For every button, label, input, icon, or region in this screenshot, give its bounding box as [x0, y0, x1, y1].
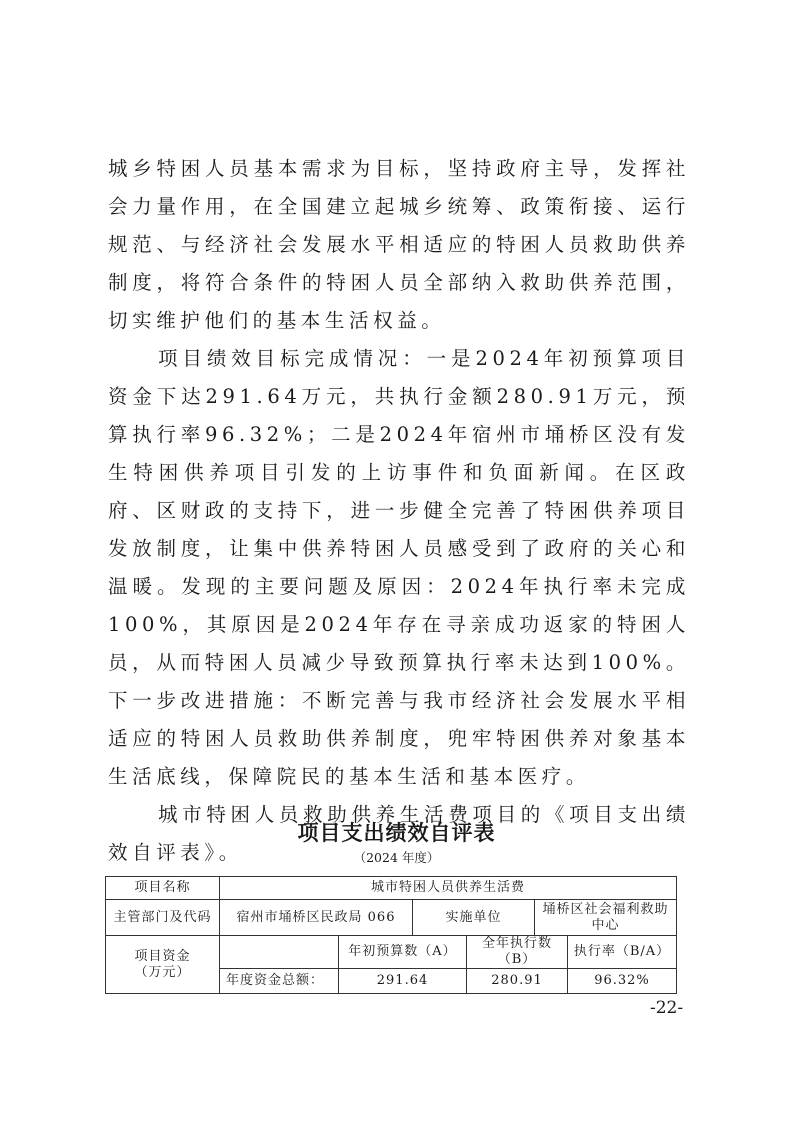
- total-budget: 291.64: [339, 969, 467, 994]
- table-row-department: 主管部门及代码 宿州市埇桥区民政局 066 实施单位 埇桥区社会福利救助中心: [106, 900, 677, 936]
- impl-label: 实施单位: [413, 900, 535, 936]
- dept-label: 主管部门及代码: [106, 900, 220, 936]
- table-row-project-name: 项目名称 城市特困人员供养生活费: [106, 877, 677, 900]
- funds-label: 项目资金 （万元）: [106, 936, 220, 994]
- total-label: 年度资金总额：: [220, 969, 339, 994]
- project-name-value: 城市特困人员供养生活费: [220, 877, 677, 900]
- paragraph-1: 城乡特困人员基本需求为目标，坚持政府主导，发挥社会力量作用，在全国建立起城乡统筹…: [108, 150, 690, 340]
- table-title: 项目支出绩效自评表: [0, 818, 793, 848]
- col-budget-header: 年初预算数（A）: [339, 936, 467, 969]
- impl-value: 埇桥区社会福利救助中心: [535, 900, 677, 936]
- paragraph-2: 项目绩效目标完成情况：一是2024年初预算项目资金下达291.64万元，共执行金…: [108, 340, 690, 796]
- document-page: 城乡特困人员基本需求为目标，坚持政府主导，发挥社会力量作用，在全国建立起城乡统筹…: [0, 0, 793, 1122]
- funds-label-line1: 项目资金: [108, 949, 217, 965]
- body-text: 城乡特困人员基本需求为目标，坚持政府主导，发挥社会力量作用，在全国建立起城乡统筹…: [108, 150, 690, 872]
- total-executed: 280.91: [467, 969, 568, 994]
- col-rate-header: 执行率（B/A）: [568, 936, 677, 969]
- project-name-label: 项目名称: [106, 877, 220, 900]
- table-subtitle: （2024 年度）: [0, 850, 793, 866]
- funds-header-empty: [220, 936, 339, 969]
- total-rate: 96.32%: [568, 969, 677, 994]
- table-row-funds-header: 项目资金 （万元） 年初预算数（A） 全年执行数（B） 执行率（B/A）: [106, 936, 677, 969]
- dept-value: 宿州市埇桥区民政局 066: [220, 900, 413, 936]
- funds-label-line2: （万元）: [108, 965, 217, 981]
- performance-table: 项目名称 城市特困人员供养生活费 主管部门及代码 宿州市埇桥区民政局 066 实…: [105, 876, 677, 994]
- col-executed-header: 全年执行数（B）: [467, 936, 568, 969]
- page-number: -22-: [650, 998, 683, 1018]
